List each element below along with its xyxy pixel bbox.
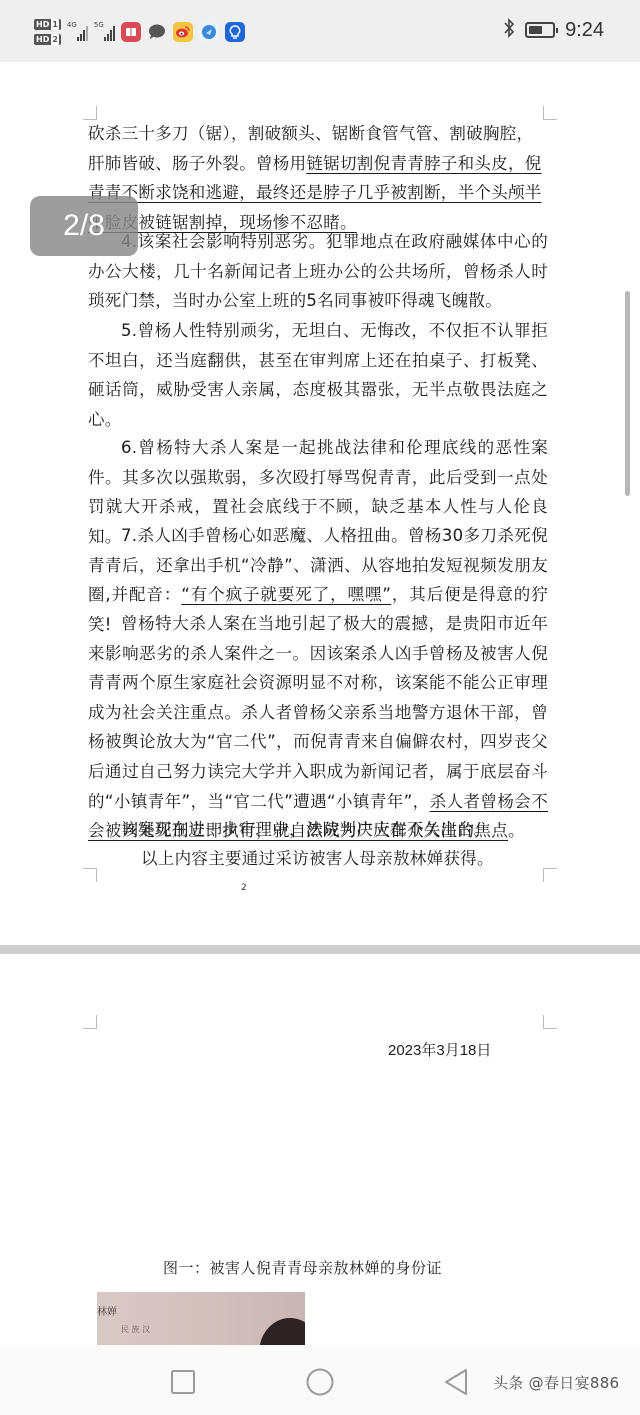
paragraph-item-4: 4.该案社会影响特别恶劣。犯罪地点在政府融媒体中心的办公大楼，几十名新闻记者上班…	[88, 227, 548, 316]
signal-4g-icon: 4G	[67, 23, 88, 41]
reader-app-icon	[121, 22, 141, 42]
signal-5g-icon: 5G	[94, 23, 115, 41]
id-card-image: 林婵 民 族 汉	[97, 1292, 305, 1345]
browser-icon	[199, 22, 219, 42]
paragraph-continuation: 砍杀三十多刀（锯），割破额头、锯断食管气管、割破胸腔，肝肺皆破、肠子外裂。曾杨用…	[88, 119, 548, 237]
id-photo-portrait	[259, 1318, 305, 1345]
crop-mark	[543, 868, 557, 882]
home-button[interactable]	[305, 1367, 335, 1397]
crop-mark	[543, 1015, 557, 1029]
sim-indicators: HD1 HD2	[34, 19, 61, 45]
clock: 9:24	[565, 19, 604, 42]
figure-caption: 图一：被害人倪青青母亲敖林婵的身份证	[163, 1257, 442, 1278]
crop-mark	[83, 1015, 97, 1029]
back-button[interactable]	[441, 1367, 471, 1397]
paragraph-summary: 曾杨特大杀人案在当地引起了极大的震撼，是贵阳市近年来影响恶劣的杀人案件之一。因该…	[88, 609, 548, 846]
underlined-text: 链锯切割倪青青脖子和头皮，倪	[306, 154, 541, 173]
message-bubble-icon	[147, 22, 167, 42]
underlined-text: “有个疯子就要死了，嘿嘿”	[181, 585, 391, 604]
paragraph-source: 以上内容主要通过采访被害人母亲敖林婵获得。	[88, 844, 548, 874]
page-number: 2	[241, 883, 247, 893]
paragraph-status: 该案现在进一步审理中，法院判决应在不久出台。	[88, 815, 548, 845]
crop-mark	[83, 868, 97, 882]
text-run: 肝肺皆破、肠子外裂。曾杨用	[88, 154, 306, 173]
text-run: 曾杨特大杀人案在当地引起了极大的震撼，是贵阳市近年来影响恶劣的杀人案件之一。因该…	[88, 614, 548, 811]
crop-mark	[543, 106, 557, 120]
page-indicator: 2/8	[30, 196, 138, 256]
battery-icon	[525, 22, 555, 38]
sim1-hd-badge: HD1	[34, 19, 61, 30]
page-separator	[0, 945, 640, 954]
status-bar: HD1 HD2 4G 5G 9:24	[0, 0, 640, 62]
weibo-icon	[173, 22, 193, 42]
back-triangle-icon	[444, 1368, 468, 1396]
paragraph-item-5: 5.曾杨人性特别顽劣，无坦白、无悔改，不仅拒不认罪拒不坦白，还当庭翻供，甚至在审…	[88, 316, 548, 434]
status-right: 9:24	[503, 18, 604, 42]
status-left: HD1 HD2 4G 5G	[34, 14, 245, 50]
id-card-ethnicity: 民 族 汉	[121, 1324, 150, 1335]
scrollbar-thumb[interactable]	[625, 291, 630, 496]
lightbulb-app-icon	[225, 22, 245, 42]
navigation-bar: 头条 @春日宴886	[0, 1345, 640, 1415]
home-circle-icon	[306, 1368, 334, 1396]
recents-button[interactable]	[168, 1367, 198, 1397]
crop-mark	[83, 106, 97, 120]
document-date: 2023年3月18日	[388, 1039, 491, 1060]
id-card-name: 林婵	[97, 1303, 117, 1318]
watermark: 头条 @春日宴886	[493, 1372, 619, 1393]
underlined-text: 青青不断求饶和逃避，最终还是脖子几乎被割断，半个头颅半	[88, 183, 542, 202]
sim2-hd-badge: HD2	[34, 34, 61, 45]
recents-square-icon	[171, 1370, 195, 1394]
text-run: 砍杀三十多刀（锯），割破额头、锯断食管气管、割破胸腔，	[88, 124, 533, 143]
bluetooth-icon	[503, 18, 515, 42]
